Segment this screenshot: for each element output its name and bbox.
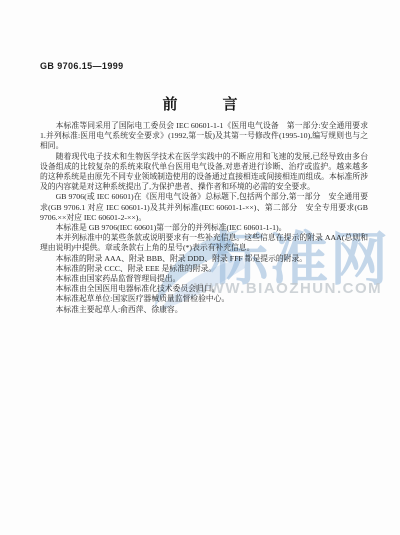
paragraph: 本标准由国家药品监督管理局提出。: [40, 274, 368, 284]
paragraph: 本标准主要起草人:俞西萍、徐康容。: [40, 305, 368, 315]
standard-code: GB 9706.15—1999: [40, 61, 124, 71]
paragraph: 本标准由全国医用电器标准化技术委员会归口。: [40, 284, 368, 294]
paragraph: GB 9706(或 IEC 60601)在《医用电气设备》总标题下,包括两个部分…: [40, 192, 368, 223]
paragraph: 本标准的附录 AAA、附录 BBB、附录 DDD、附录 FFF 都是提示的附录。: [40, 254, 368, 264]
document-page: 标准网 WWW.BIAOZHUN.COM GB 9706.15—1999 前 言…: [0, 0, 400, 535]
paragraph: 随着现代电子技术和生物医学技术在医学实践中的不断应用和飞速的发展,已经导致由多台…: [40, 152, 368, 193]
foreword-body: 本标准等同采用了国际电工委员会 IEC 60601-1-1《医用电气设备 第一部…: [40, 121, 368, 315]
paragraph: 本标准等同采用了国际电工委员会 IEC 60601-1-1《医用电气设备 第一部…: [40, 121, 368, 152]
paragraph: 本标准的附录 CCC、附录 EEE 是标准的附录。: [40, 264, 368, 274]
paragraph: 本标准起草单位:国家医疗器械质量监督检验中心。: [40, 294, 368, 304]
paragraph: 本标准是 GB 9706(IEC 60601)第一部分的并列标准(IEC 606…: [40, 223, 368, 233]
page-title: 前 言: [0, 93, 400, 114]
paragraph: 本并列标准中的某些条款或说明要求有一些补充信息。这些信息在提示的附录 AAA(总…: [40, 233, 368, 253]
